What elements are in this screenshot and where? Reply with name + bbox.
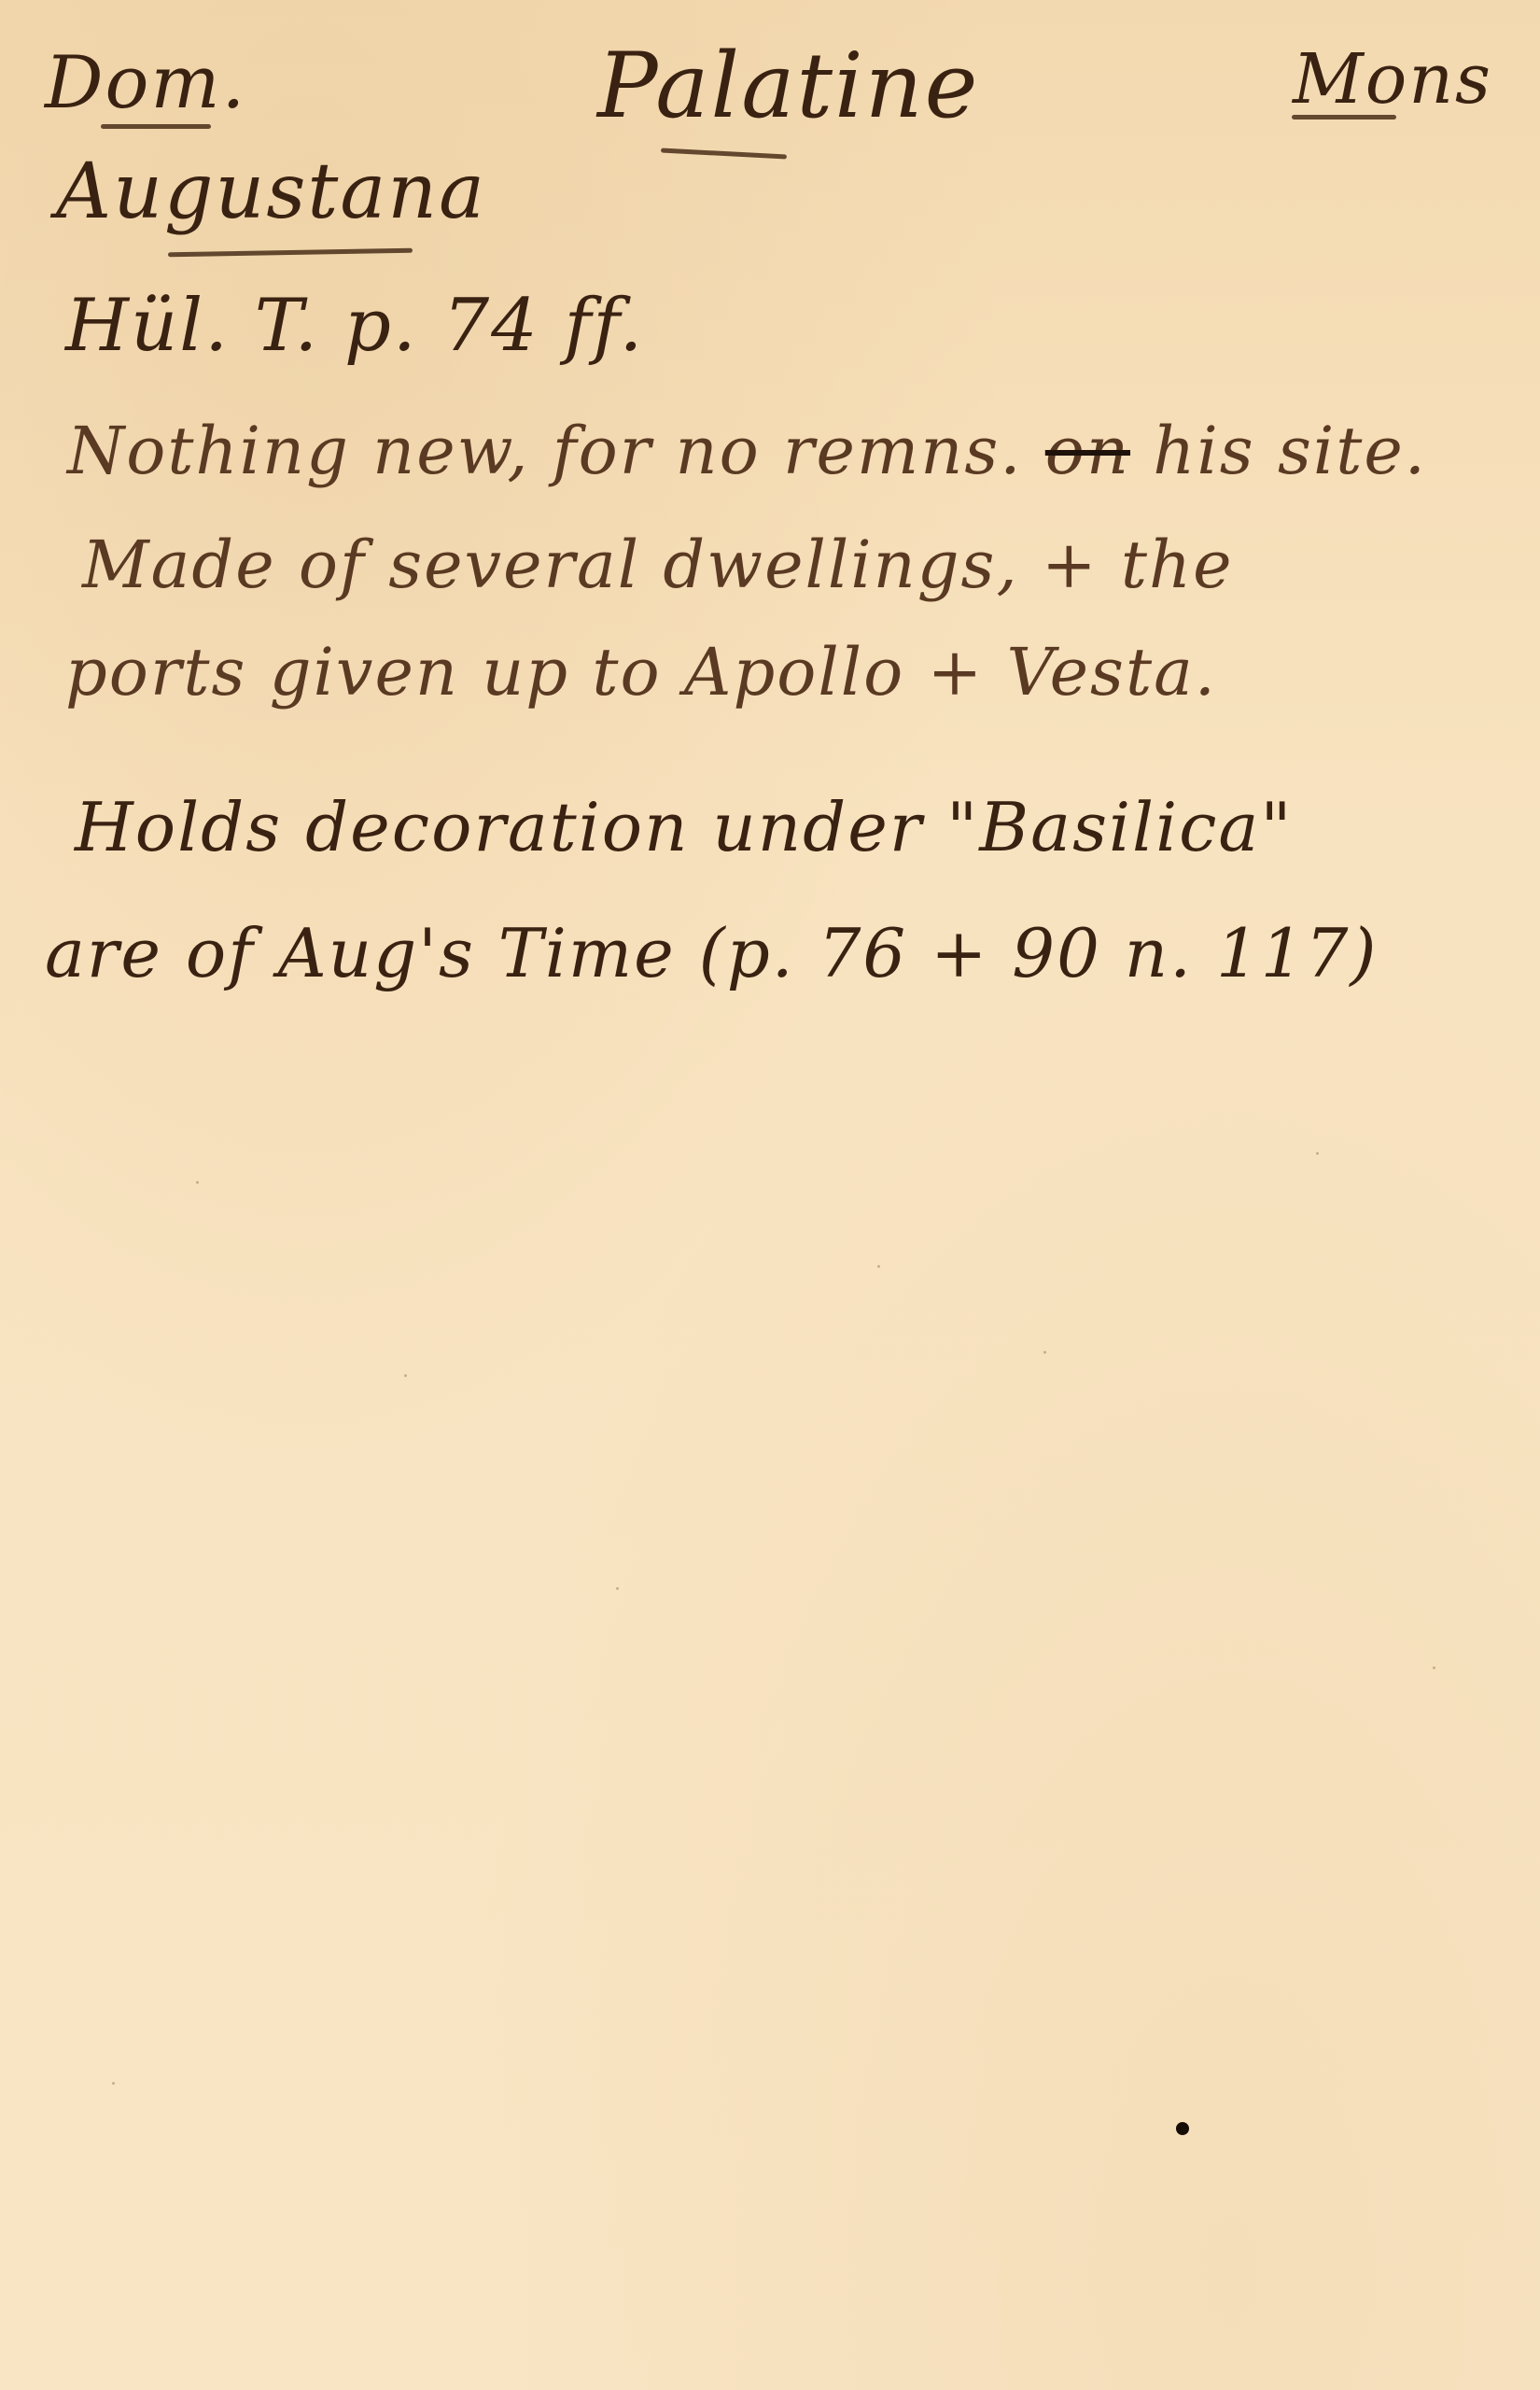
paragraph-2-line-1: Holds decoration under "Basilica" — [75, 794, 1293, 861]
line-1-text-after: his site. — [1153, 413, 1427, 489]
header-dom-underline — [101, 124, 211, 129]
paragraph-2-line-2: are of Aug's Time (p. 76 + 90 n. 117) — [45, 920, 1378, 987]
paper-fleck — [196, 1181, 199, 1184]
struck-out-word: on — [1045, 413, 1130, 489]
paragraph-1-line-3: ports given up to Apollo + Vesta. — [65, 640, 1217, 705]
line-1-text-before: Nothing new, for no remns. — [67, 413, 1023, 489]
paper-fleck — [112, 2082, 115, 2085]
subject-augustana: Augustana — [56, 154, 486, 231]
paragraph-1-line-2: Made of several dwellings, + the — [82, 532, 1234, 597]
reference-citation: Hül. T. p. 74 ff. — [65, 289, 644, 362]
paragraph-1-line-1: Nothing new, for no remns. on his site. — [67, 418, 1427, 484]
header-palatine-title: Palatine — [597, 41, 979, 131]
paper-fleck — [616, 1587, 619, 1590]
header-dom-label: Dom. — [45, 47, 246, 119]
paper-fleck — [1043, 1351, 1046, 1354]
paper-fleck — [404, 1374, 407, 1377]
paper-fleck — [877, 1265, 880, 1268]
ink-dot — [1176, 2122, 1189, 2135]
header-mons-underline — [1292, 115, 1396, 119]
header-palatine-underline — [661, 148, 787, 159]
header-mons-label: Mons — [1293, 45, 1492, 114]
index-card: Dom. Palatine Mons Augustana Hül. T. p. … — [0, 0, 1540, 2390]
subject-underline — [168, 248, 413, 258]
paper-fleck — [1433, 1666, 1435, 1669]
paper-fleck — [1316, 1152, 1319, 1155]
